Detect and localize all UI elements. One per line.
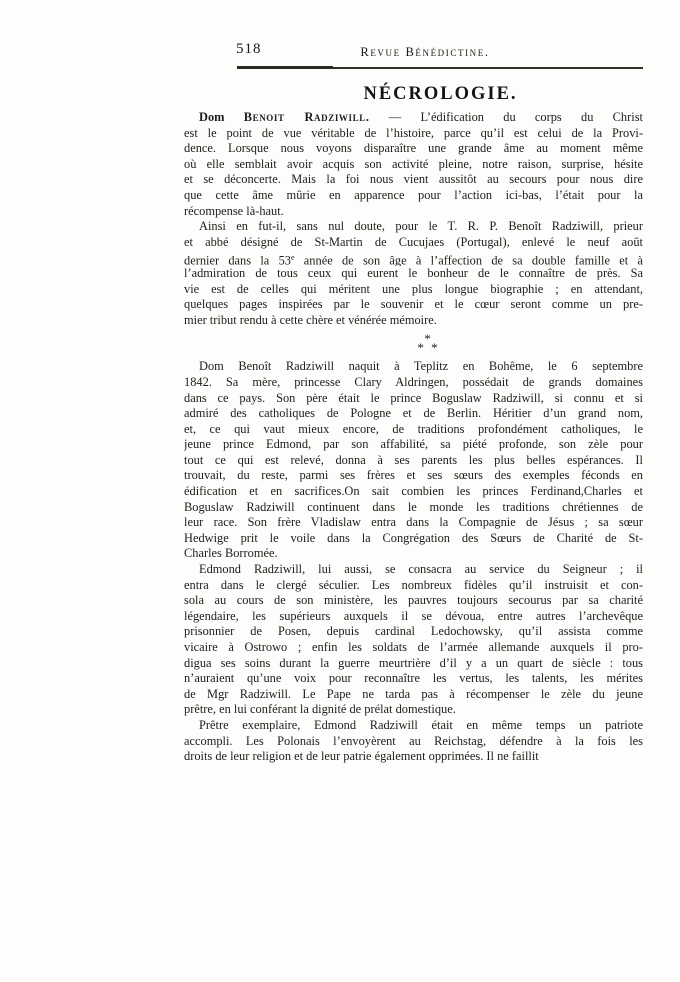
text-segment: Boguslaw Radziwill continuent dans le mo… [184, 500, 643, 514]
text-segment: et, ce qui vaut mieux encore, de traditi… [184, 422, 643, 436]
text-line: admiré des catholiques de Pologne et de … [184, 406, 643, 422]
text-line: leur race. Son frère Vladislaw entra dan… [184, 515, 643, 531]
paragraph: Edmond Radziwill, lui aussi, se consacra… [184, 562, 643, 718]
text-segment: admiré des catholiques de Pologne et de … [184, 406, 643, 420]
text-line: édification et en sacrifices.On sait com… [184, 484, 643, 500]
text-line: 1842. Sa mère, princesse Clary Aldringen… [184, 375, 643, 391]
text-segment: prisonnier de Posen, depuis cardinal Led… [184, 624, 643, 638]
text-line: Boguslaw Radziwill continuent dans le mo… [184, 500, 643, 516]
text-line: vicaire à Ostrowo ; enfin les soldats de… [184, 640, 643, 656]
text-segment: droits de leur religion et de leur patri… [184, 749, 539, 763]
text-segment: édification et en sacrifices.On sait com… [184, 484, 643, 498]
obituary-name: Dom [199, 110, 244, 124]
text-line: de Mgr Radziwill. Le Pape ne tarda pas à… [184, 687, 643, 703]
text-segment: 1842. Sa mère, princesse Clary Aldringen… [184, 375, 643, 389]
text-segment: dernier dans la 53 [184, 254, 291, 266]
text-line: droits de leur religion et de leur patri… [184, 749, 643, 765]
paragraph: Dom Benoit Radziwill. — L’édification du… [184, 110, 643, 219]
asterism-separator: ** * [198, 334, 657, 352]
text-line: l’admiration de tous ceux qui eurent le … [184, 266, 643, 282]
text-line: dence. Lorsque nous voyons disparaître u… [184, 141, 643, 157]
text-line: mier tribut rendu à cette chère et vénér… [184, 313, 643, 329]
text-line: tout ce qui est relevé, donna à ses pare… [184, 453, 643, 469]
text-segment: Hedwige prit le voile dans la Congrégati… [184, 531, 643, 545]
text-segment: Edmond Radziwill, lui aussi, se consacra… [199, 562, 643, 576]
text-segment: — L’édification du corps du Christ [370, 110, 643, 124]
header-rule [237, 67, 643, 69]
text-segment: et abbé désigné de St-Martin de Cucujaes… [184, 235, 643, 249]
text-line: entra dans le clergé séculier. Les nombr… [184, 578, 643, 594]
text-segment: Ainsi en fut-il, sans nul doute, pour le… [199, 219, 643, 233]
text-segment: est le point de vue véritable de l’histo… [184, 126, 643, 140]
text-line: trouvait, du reste, parmi ses frères et … [184, 468, 643, 484]
text-segment: entra dans le clergé séculier. Les nombr… [184, 578, 643, 592]
text-segment: où elle semblait avoir acquis son activi… [184, 157, 643, 171]
text-line: Ainsi en fut-il, sans nul doute, pour le… [184, 219, 643, 235]
text-segment: Prêtre exemplaire, Edmond Radziwill étai… [199, 718, 643, 732]
text-segment: n’auraient qu’une voix pour reconnaître … [184, 671, 643, 685]
text-segment: quelques pages inspirées par le souvenir… [184, 297, 643, 311]
text-segment: tout ce qui est relevé, donna à ses pare… [184, 453, 643, 467]
obituary-name: Benoit Radziwill. [244, 110, 370, 124]
text-line: n’auraient qu’une voix pour reconnaître … [184, 671, 643, 687]
text-line: où elle semblait avoir acquis son activi… [184, 157, 643, 173]
text-line: digua ses soins durant la guerre meurtri… [184, 656, 643, 672]
text-line: dernier dans la 53e année de son âge à l… [184, 250, 643, 266]
text-line: Hedwige prit le voile dans la Congrégati… [184, 531, 643, 547]
text-segment: digua ses soins durant la guerre meurtri… [184, 656, 643, 670]
text-segment: sola au cours de son ministère, les pauv… [184, 593, 643, 607]
text-segment: vicaire à Ostrowo ; enfin les soldats de… [184, 640, 643, 654]
running-title: Revue Bénédictine. [170, 45, 680, 60]
text-segment: légendaire, les supérieurs auxquels il s… [184, 609, 643, 623]
paragraph: Ainsi en fut-il, sans nul doute, pour le… [184, 219, 643, 328]
text-segment: accompli. Les Polonais l’envoyèrent au R… [184, 734, 643, 748]
article-body: Dom Benoit Radziwill. — L’édification du… [184, 110, 643, 765]
text-line: prêtre, en lui conférant la dignité de p… [184, 702, 643, 718]
text-line: et abbé désigné de St-Martin de Cucujaes… [184, 235, 643, 251]
text-segment: Dom Benoît Radziwill naquit à Teplitz en… [199, 359, 643, 373]
text-line: jeune prince Edmond, par son affabilité,… [184, 437, 643, 453]
text-line: et se déconcerte. Mais la foi nous vient… [184, 172, 643, 188]
text-segment: récompense là-haut. [184, 204, 284, 218]
text-line: que cette âme mûrie en apparence pour l’… [184, 188, 643, 204]
text-segment: Charles Borromée. [184, 546, 278, 560]
text-line: accompli. Les Polonais l’envoyèrent au R… [184, 734, 643, 750]
section-heading: NÉCROLOGIE. [211, 84, 670, 105]
header-rule-thick-segment [237, 66, 333, 69]
text-line: Charles Borromée. [184, 546, 643, 562]
text-line: Dom Benoît Radziwill naquit à Teplitz en… [184, 359, 643, 375]
text-segment: mier tribut rendu à cette chère et vénér… [184, 313, 437, 327]
text-line: Prêtre exemplaire, Edmond Radziwill étai… [184, 718, 643, 734]
text-segment: année de son âge à l’affection de sa dou… [295, 254, 643, 266]
text-line: prisonnier de Posen, depuis cardinal Led… [184, 624, 643, 640]
text-segment: prêtre, en lui conférant la dignité de p… [184, 702, 456, 716]
text-segment: l’admiration de tous ceux qui eurent le … [184, 266, 643, 280]
text-line: légendaire, les supérieurs auxquels il s… [184, 609, 643, 625]
text-segment: que cette âme mûrie en apparence pour l’… [184, 188, 643, 202]
text-segment: et se déconcerte. Mais la foi nous vient… [184, 172, 643, 186]
text-segment: jeune prince Edmond, par son affabilité,… [184, 437, 643, 451]
text-line: vie est de celles qui méritent une plus … [184, 282, 643, 298]
text-line: Edmond Radziwill, lui aussi, se consacra… [184, 562, 643, 578]
page: 518 Revue Bénédictine. NÉCROLOGIE. Dom B… [0, 0, 680, 982]
text-line: dans ce pays. Son père était le prince B… [184, 391, 643, 407]
text-line: récompense là-haut. [184, 204, 643, 220]
text-segment: dans ce pays. Son père était le prince B… [184, 391, 643, 405]
paragraph: Prêtre exemplaire, Edmond Radziwill étai… [184, 718, 643, 765]
text-segment: vie est de celles qui méritent une plus … [184, 282, 643, 296]
text-segment: de Mgr Radziwill. Le Pape ne tarda pas à… [184, 687, 643, 701]
paragraph: Dom Benoît Radziwill naquit à Teplitz en… [184, 359, 643, 562]
text-segment: leur race. Son frère Vladislaw entra dan… [184, 515, 643, 529]
text-segment: dence. Lorsque nous voyons disparaître u… [184, 141, 643, 155]
text-line: et, ce qui vaut mieux encore, de traditi… [184, 422, 643, 438]
asterism-bottom: * * [198, 343, 657, 352]
text-line: est le point de vue véritable de l’histo… [184, 126, 643, 142]
text-segment: trouvait, du reste, parmi ses frères et … [184, 468, 643, 482]
text-line: quelques pages inspirées par le souvenir… [184, 297, 643, 313]
text-line: sola au cours de son ministère, les pauv… [184, 593, 643, 609]
text-line: Dom Benoit Radziwill. — L’édification du… [184, 110, 643, 126]
